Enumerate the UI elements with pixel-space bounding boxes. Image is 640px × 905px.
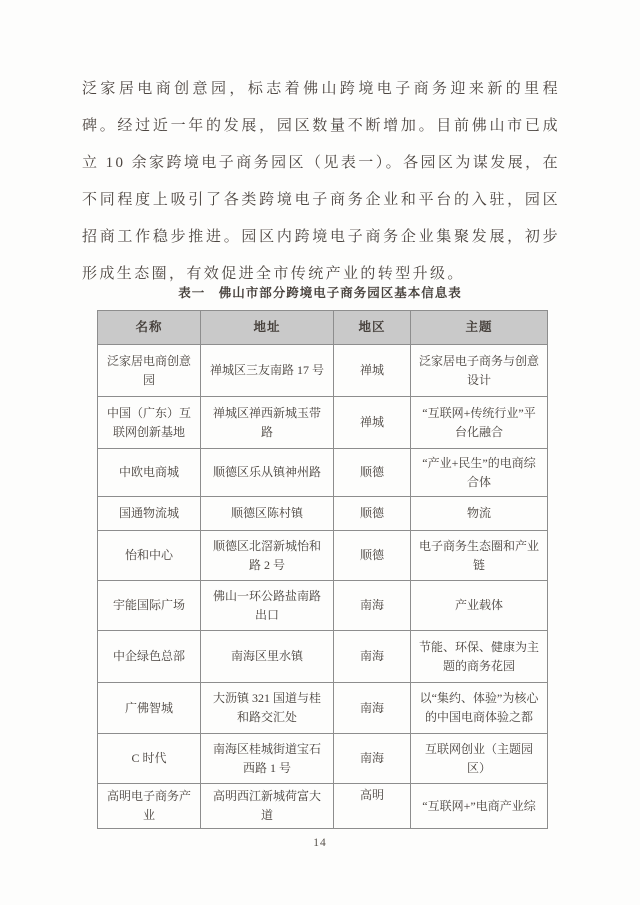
- table-header-row: 名称地址地区主题: [98, 311, 548, 345]
- table-body: 泛家居电商创意园禅城区三友南路 17 号禅城泛家居电子商务与创意设计中国（广东）…: [98, 345, 548, 829]
- table-row: 中国（广东）互联网创新基地禅城区禅西新城玉带路禅城“互联网+传统行业”平台化融合: [98, 397, 548, 449]
- table-cell: 国通物流城: [98, 497, 201, 531]
- table-cell: 怡和中心: [98, 531, 201, 581]
- table-cell: 南海: [334, 631, 411, 683]
- table-row: C 时代南海区桂城街道宝石西路 1 号南海互联网创业（主题园区）: [98, 734, 548, 784]
- table-cell: 南海: [334, 581, 411, 631]
- table-cell: 南海: [334, 683, 411, 734]
- document-page: 泛家居电商创意园，标志着佛山跨境电子商务迎来新的里程碑。经过近一年的发展，园区数…: [0, 0, 640, 905]
- table-cell: 广佛智城: [98, 683, 201, 734]
- table-cell: 宇能国际广场: [98, 581, 201, 631]
- body-paragraph: 泛家居电商创意园，标志着佛山跨境电子商务迎来新的里程碑。经过近一年的发展，园区数…: [82, 71, 560, 293]
- table-cell: 顺德区乐从镇神州路: [201, 449, 334, 497]
- table-cell: 中国（广东）互联网创新基地: [98, 397, 201, 449]
- table-cell: 南海区里水镇: [201, 631, 334, 683]
- table-row: 广佛智城大沥镇 321 国道与桂和路交汇处南海以“集约、体验”为核心的中国电商体…: [98, 683, 548, 734]
- table-cell: 顺德区北滘新城怡和路 2 号: [201, 531, 334, 581]
- table-cell: 节能、环保、健康为主题的商务花园: [411, 631, 548, 683]
- table-cell: 禅城区禅西新城玉带路: [201, 397, 334, 449]
- table-cell: 中企绿色总部: [98, 631, 201, 683]
- info-table: 名称地址地区主题 泛家居电商创意园禅城区三友南路 17 号禅城泛家居电子商务与创…: [97, 310, 548, 829]
- table-row: 高明电子商务产业高明西江新城荷富大道高明“互联网+”电商产业综: [98, 784, 548, 829]
- table-cell: 中欧电商城: [98, 449, 201, 497]
- table-cell: 高明: [334, 784, 411, 829]
- table-cell: 物流: [411, 497, 548, 531]
- table-row: 怡和中心顺德区北滘新城怡和路 2 号顺德电子商务生态圈和产业链: [98, 531, 548, 581]
- page-number: 14: [0, 837, 640, 849]
- table-cell: 顺德区陈村镇: [201, 497, 334, 531]
- table-cell: 南海区桂城街道宝石西路 1 号: [201, 734, 334, 784]
- table-cell: 高明西江新城荷富大道: [201, 784, 334, 829]
- table-row: 宇能国际广场佛山一环公路盐南路出口南海产业载体: [98, 581, 548, 631]
- table-header-cell: 名称: [98, 311, 201, 345]
- table-cell: 禅城: [334, 397, 411, 449]
- table-caption: 表一 佛山市部分跨境电子商务园区基本信息表: [0, 283, 640, 301]
- table-cell: 泛家居电商创意园: [98, 345, 201, 397]
- table-cell: 南海: [334, 734, 411, 784]
- table-cell: “互联网+”电商产业综: [411, 784, 548, 829]
- table-cell: 电子商务生态圈和产业链: [411, 531, 548, 581]
- table-cell: 禅城: [334, 345, 411, 397]
- table-cell: 大沥镇 321 国道与桂和路交汇处: [201, 683, 334, 734]
- table-cell: 产业载体: [411, 581, 548, 631]
- table-header-cell: 地址: [201, 311, 334, 345]
- table-cell: 互联网创业（主题园区）: [411, 734, 548, 784]
- table-cell: C 时代: [98, 734, 201, 784]
- table-cell: 禅城区三友南路 17 号: [201, 345, 334, 397]
- table-cell: 高明电子商务产业: [98, 784, 201, 829]
- table-cell: 以“集约、体验”为核心的中国电商体验之都: [411, 683, 548, 734]
- table-row: 中企绿色总部南海区里水镇南海节能、环保、健康为主题的商务花园: [98, 631, 548, 683]
- table-cell: 佛山一环公路盐南路出口: [201, 581, 334, 631]
- table-cell: 顺德: [334, 449, 411, 497]
- table-cell: “产业+民生”的电商综合体: [411, 449, 548, 497]
- table-row: 泛家居电商创意园禅城区三友南路 17 号禅城泛家居电子商务与创意设计: [98, 345, 548, 397]
- table-row: 中欧电商城顺德区乐从镇神州路顺德“产业+民生”的电商综合体: [98, 449, 548, 497]
- table-header-cell: 主题: [411, 311, 548, 345]
- table-cell: “互联网+传统行业”平台化融合: [411, 397, 548, 449]
- table-header-cell: 地区: [334, 311, 411, 345]
- table-row: 国通物流城顺德区陈村镇顺德物流: [98, 497, 548, 531]
- table-cell: 顺德: [334, 531, 411, 581]
- table-cell: 顺德: [334, 497, 411, 531]
- table-cell: 泛家居电子商务与创意设计: [411, 345, 548, 397]
